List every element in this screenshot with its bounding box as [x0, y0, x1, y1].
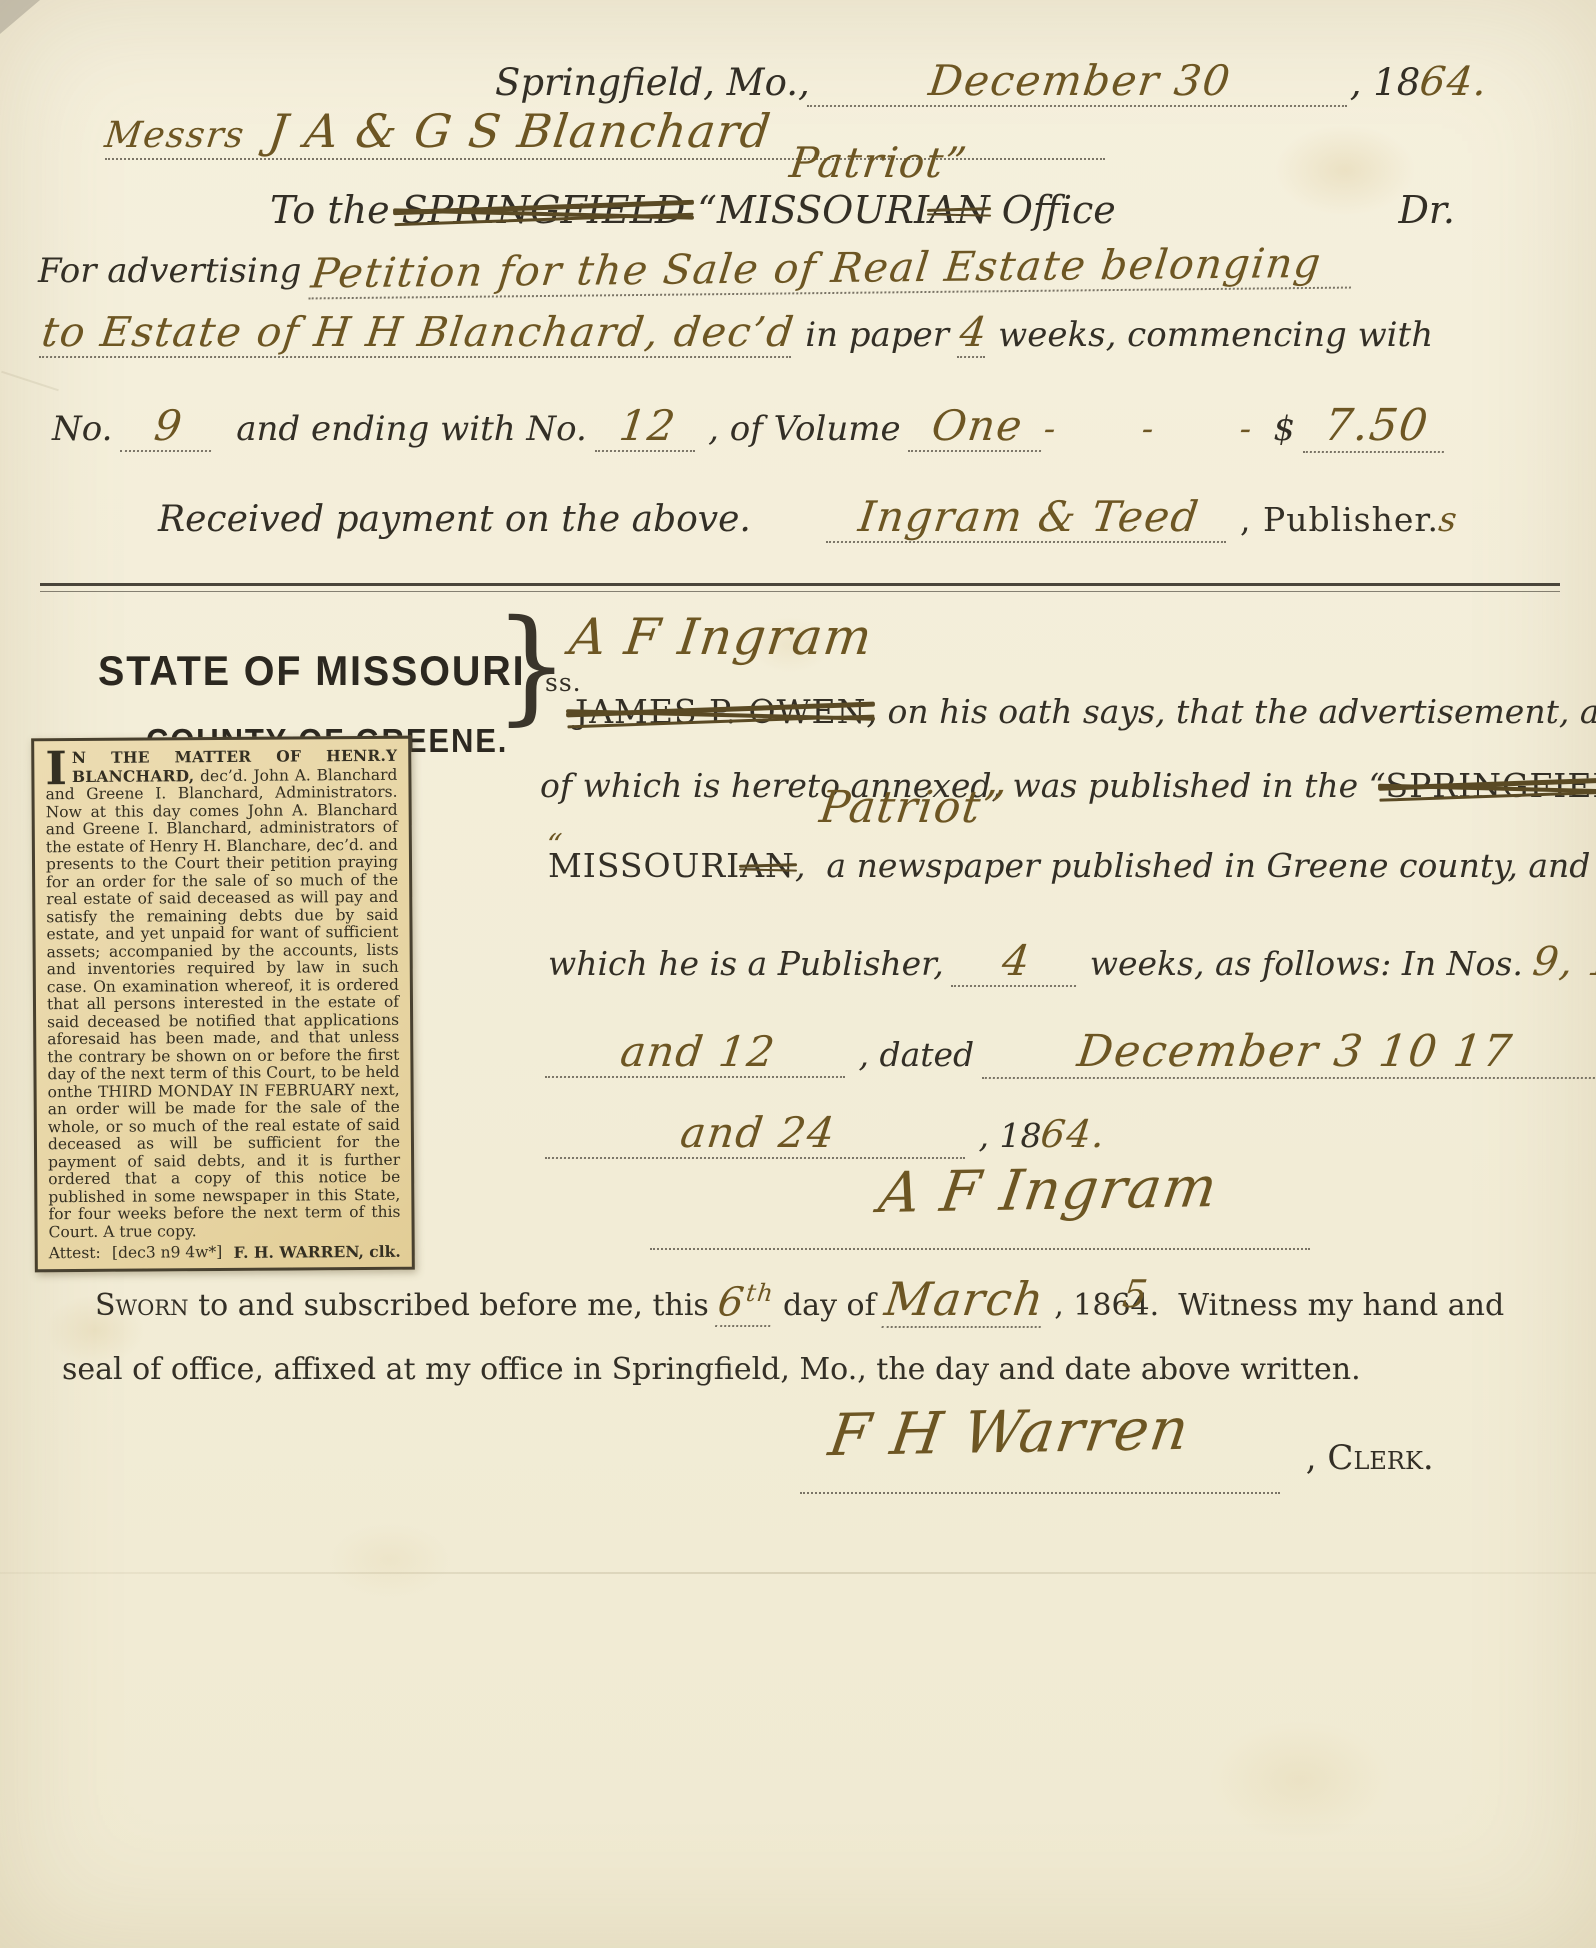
scanned-document-page: Springfield, Mo., December 30 , 18 64. M… [0, 0, 1596, 1948]
signature-rule [650, 1248, 1310, 1250]
ingram-signature-handwritten: A F Ingram [875, 1155, 1222, 1226]
sworn-word: Sworn [95, 1288, 189, 1323]
bill-date-line: Springfield, Mo., December 30 , 18 64. [495, 56, 1488, 107]
deponent-correction-handwritten: A F Ingram [566, 608, 876, 666]
venue-brace: } [494, 603, 569, 727]
missourian-an-struck-affidavit: AN [740, 846, 795, 885]
clerk-signature-rule [800, 1492, 1280, 1494]
month-handwritten: March [882, 1272, 1048, 1328]
city-label: Springfield, Mo., [495, 61, 810, 104]
dated-line: and 12 , dated December 3 10 17 [548, 1026, 1596, 1079]
scan-corner-artifact [0, 0, 40, 34]
publisher-text: which he is a Publisher, [548, 944, 954, 983]
year-handwritten: 64. [1418, 59, 1492, 105]
springfield-struck: SPRINGFIELD [402, 188, 686, 232]
newspaper-clipping: IN THE MATTER OF HENR.Y BLANCHARD, dec’d… [31, 736, 415, 1273]
newspaper-line: MISSOURIAN, a newspaper published in Gre… [548, 846, 1596, 885]
year-prefix: , 18 [1350, 61, 1421, 104]
sworn-line: Sworn to and subscribed before me, this … [95, 1272, 1490, 1328]
annexed-line: of which is hereto annexed, was publishe… [540, 766, 1596, 805]
end-issue-handwritten: 12 [595, 401, 701, 452]
dated-label: , dated [848, 1035, 985, 1074]
clerk-label: , Clerk. [1295, 1438, 1434, 1478]
missourian-an-struck: AN [929, 188, 990, 232]
missouri-kept-affidavit: MISSOURI [548, 846, 740, 885]
day-of-label: day of [773, 1288, 885, 1323]
day-number: 6 [716, 1279, 749, 1325]
for-advertising-label: For advertising [38, 251, 312, 291]
section-divider-rule [40, 583, 1560, 592]
paper-fold-crease [0, 1572, 1596, 1574]
year-correction-handwritten: 5 [1120, 1272, 1151, 1316]
patriot-correction-bill: Patriot” [787, 138, 970, 187]
and-issue-handwritten: and 12 [545, 1027, 851, 1078]
ending-with-label: and ending with No. [215, 409, 598, 449]
jurat-year-prefix: , 186 [1045, 1288, 1131, 1323]
witness-text: . Witness my hand and [1150, 1288, 1505, 1323]
volume-handwritten: One [908, 401, 1047, 452]
clipping-text: dec’d. John A. Blanchard and Greene I. B… [45, 765, 400, 1240]
dollar-sign: $ [1252, 409, 1306, 449]
service-handwritten-2: to Estate of H H Blanchard, dec’d [39, 308, 798, 358]
follows-text: weeks, as follows: In Nos. [1079, 944, 1533, 983]
weeks-count-handwritten: 4 [957, 308, 991, 358]
seal-line: seal of office, affixed at my office in … [62, 1352, 1361, 1387]
bill-issues-amount-line: No. 9 and ending with No. 12 , of Volume… [52, 400, 1447, 453]
clipping-attest-row: Attest: [dec3 n9 4w*] F. H. WARREN, clk. [49, 1242, 401, 1263]
dates-handwritten: December 3 10 17 [981, 1026, 1596, 1079]
bill-service-line2: to Estate of H H Blanchard, dec’d in pap… [42, 308, 1182, 358]
missouri-kept: MISSOURI [717, 188, 929, 232]
day-ordinal-suffix: th [745, 1279, 777, 1307]
oath-line: JAMES P. OWEN , on his oath says, that t… [575, 692, 1596, 731]
attest-label: Attest: [49, 1244, 101, 1263]
deponent-struck: JAMES P. OWEN [575, 692, 866, 731]
dash-fill: - - - [1042, 409, 1254, 449]
paper-edge-crease [1, 371, 59, 391]
addressee-handwritten: J A & G S Blanchard [265, 104, 774, 158]
clerk-signature-handwritten: F H Warren [825, 1395, 1195, 1469]
start-issue-handwritten: 9 [120, 401, 218, 452]
patriot-correction-affidavit: Patriot” [817, 782, 1009, 833]
attest-signature: F. H. WARREN, clk. [234, 1242, 401, 1262]
date-handwritten: December 30 [807, 56, 1353, 107]
service-handwritten-1: Petition for the Sale of Real Estate bel… [309, 239, 1357, 300]
sworn-text: to and subscribed before me, this [189, 1288, 719, 1323]
in-paper-label: in paper [794, 315, 959, 355]
to-the-label: To the [270, 188, 402, 232]
springfield-struck-affidavit: SPRINGFIELD [1385, 766, 1596, 805]
volume-label: , of Volume [697, 409, 911, 449]
issue-numbers-handwritten: 9, 10, 11 [1531, 939, 1596, 985]
day-handwritten: 6th [715, 1279, 776, 1327]
bill-masthead-line: To the SPRINGFIELD “MISSOURIAN Office Dr… [270, 188, 1455, 232]
weeks-handwritten-affidavit: 4 [951, 936, 1082, 987]
publisher-plural-handwritten: s [1437, 500, 1461, 540]
final-date-line: and 24 , 18 64. [548, 1108, 1106, 1159]
oath-text: , on his oath says, that the advertiseme… [866, 692, 1596, 731]
bill-received-line: Received payment on the above. Ingram & … [158, 492, 1458, 543]
clipping-body: IN THE MATTER OF HENR.Y BLANCHARD, dec’d… [45, 747, 400, 1241]
clipping-drop-cap: I [45, 749, 72, 785]
attest-code: [dec3 n9 4w*] [112, 1243, 222, 1263]
office-label: Office [990, 188, 1116, 232]
messrs-handwritten: Messrs [102, 115, 247, 156]
newspaper-text: , a newspaper published in Greene county… [795, 846, 1596, 885]
year-correction-cluster: 45 [1131, 1288, 1150, 1323]
debit-abbrev: Dr. [1398, 188, 1455, 232]
received-payment-label: Received payment on the above. [158, 499, 751, 540]
weeks-commencing-label: weeks, commencing with [987, 315, 1433, 355]
state-of-missouri-heading: STATE OF MISSOURI, [98, 647, 538, 695]
publisher-label: , Publisher. [1229, 500, 1440, 539]
publisher-signature-handwritten: Ingram & Teed [825, 492, 1231, 543]
year-prefix-affidavit: , 18 [968, 1116, 1041, 1155]
publisher-weeks-line: which he is a Publisher, 4 weeks, as fol… [548, 936, 1596, 987]
and-date-handwritten: and 24 [545, 1108, 971, 1159]
amount-handwritten: 7.50 [1303, 400, 1451, 453]
year-handwritten-affidavit: 64. [1039, 1112, 1109, 1156]
bill-service-line1: For advertising Petition for the Sale of… [38, 244, 1353, 294]
no-label: No. [52, 409, 123, 449]
open-quote: “ [685, 188, 717, 232]
